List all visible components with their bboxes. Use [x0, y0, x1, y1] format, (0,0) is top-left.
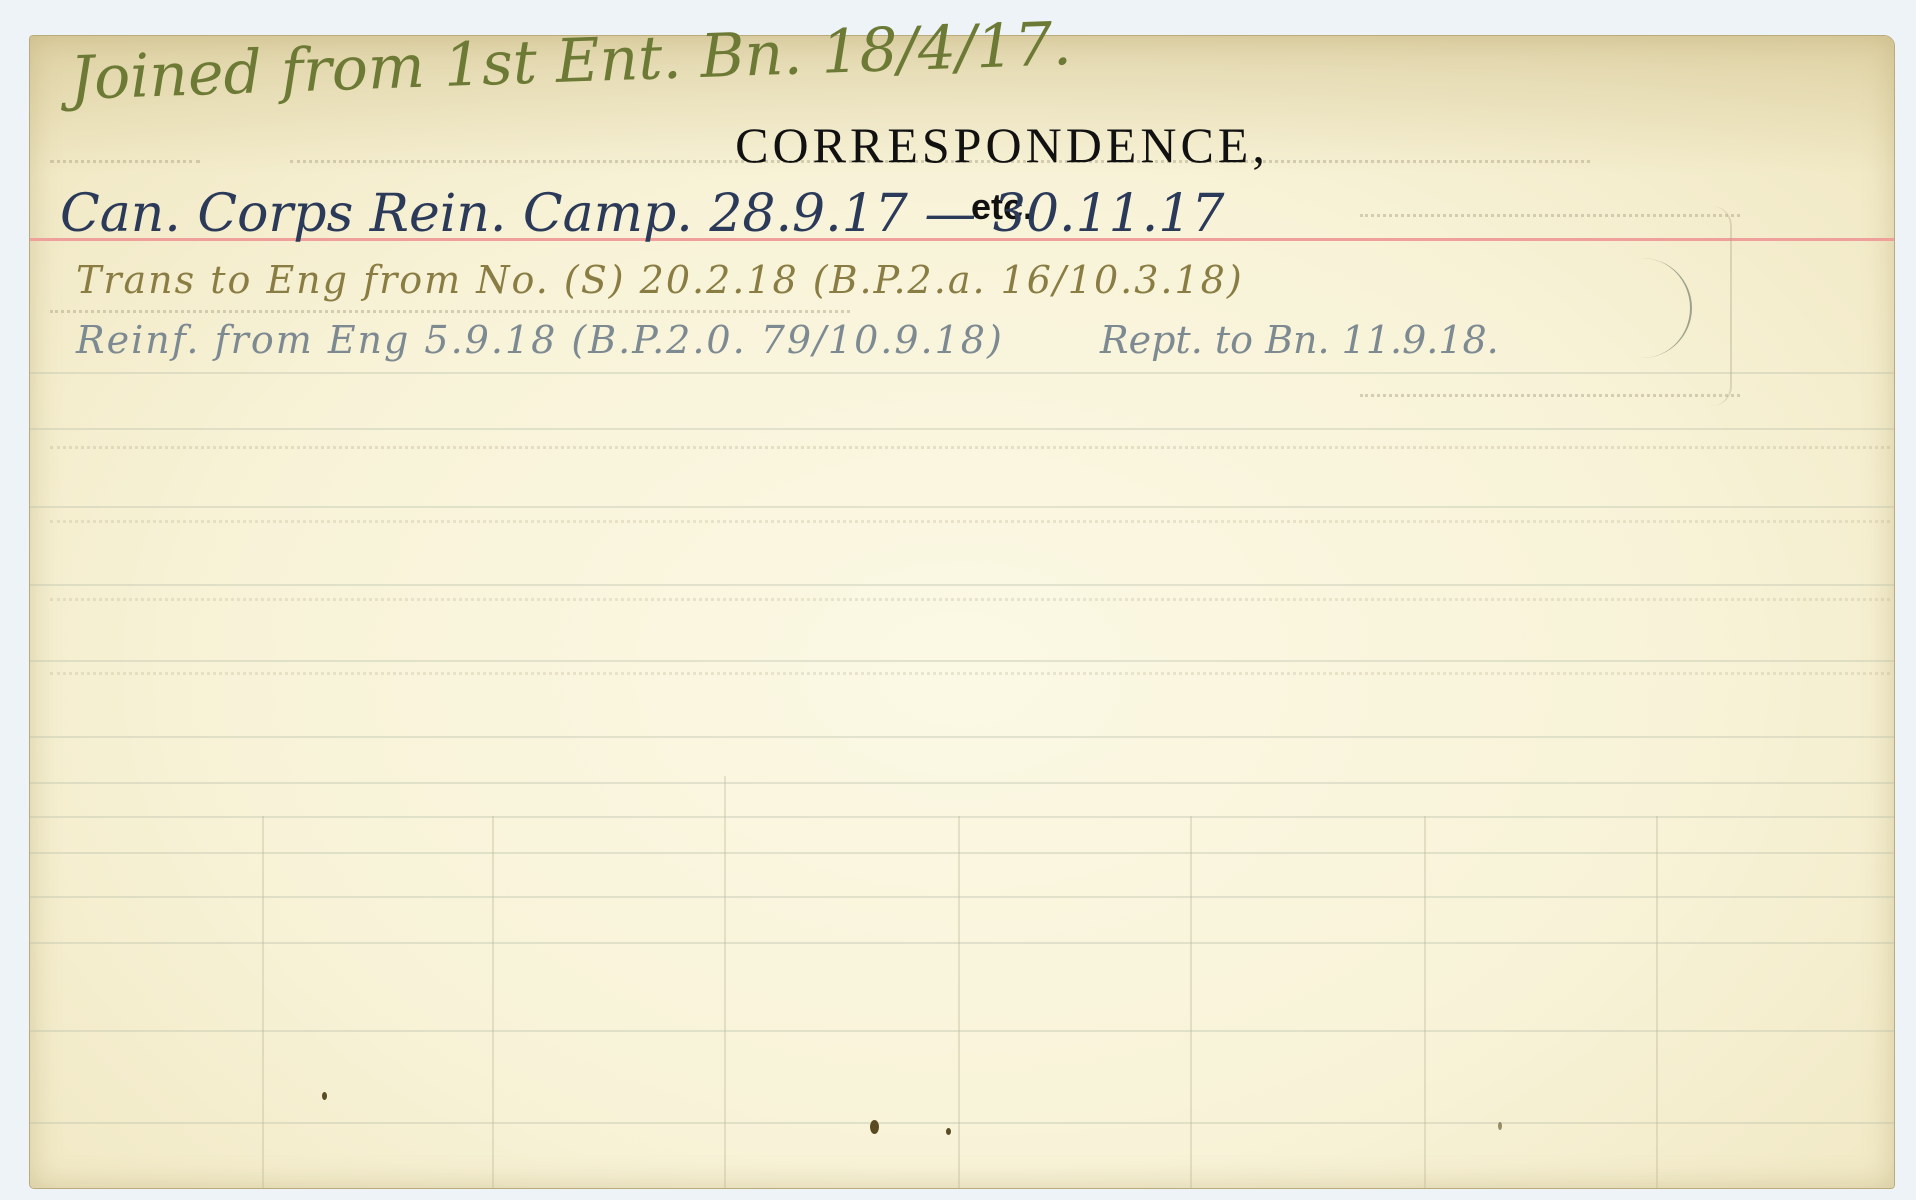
handwritten-entry-reinforcement-camp: Can. Corps Rein. Camp. 28.9.17 — 30.11.1…	[60, 184, 1224, 244]
column-rule	[1190, 816, 1192, 1188]
column-rule	[724, 776, 726, 1188]
ruled-line	[30, 942, 1894, 944]
ink-speck	[870, 1120, 879, 1134]
dotted-rule	[50, 598, 1890, 601]
ruled-line	[30, 736, 1894, 738]
ink-speck	[946, 1128, 951, 1135]
dotted-rule	[50, 446, 1890, 449]
ink-speck	[1498, 1122, 1502, 1130]
printed-heading: CORRESPONDENCE,	[30, 116, 1894, 174]
ruled-line	[30, 506, 1894, 508]
ruled-line	[30, 816, 1894, 818]
dotted-rule	[50, 310, 850, 313]
ruled-line	[30, 1030, 1894, 1032]
ruled-line	[30, 372, 1894, 374]
dotted-rule	[50, 672, 1890, 675]
ruled-line	[30, 1122, 1894, 1124]
handwritten-entry-reinforced: Reinf. from Eng 5.9.18 (B.P.2.0. 79/10.9…	[76, 318, 1004, 362]
column-rule	[1656, 816, 1658, 1188]
dotted-rule	[1360, 394, 1740, 397]
column-rule	[1424, 816, 1426, 1188]
ruled-line	[30, 428, 1894, 430]
bracket-frame	[1690, 206, 1732, 406]
handwritten-entry-joined: Joined from 1st Ent. Bn. 18/4/17.	[69, 9, 1073, 114]
ink-speck	[322, 1092, 327, 1100]
record-card: CORRESPONDENCE, etc. Joined from 1st Ent…	[30, 36, 1894, 1188]
ruled-line	[30, 584, 1894, 586]
ruled-line	[30, 660, 1894, 662]
ruled-line	[30, 896, 1894, 898]
column-rule	[262, 816, 264, 1188]
handwritten-bracket	[1060, 258, 1692, 358]
dotted-rule	[50, 520, 1890, 523]
ruled-line	[30, 782, 1894, 784]
column-rule	[958, 816, 960, 1188]
column-rule	[492, 816, 494, 1188]
ruled-line	[30, 852, 1894, 854]
